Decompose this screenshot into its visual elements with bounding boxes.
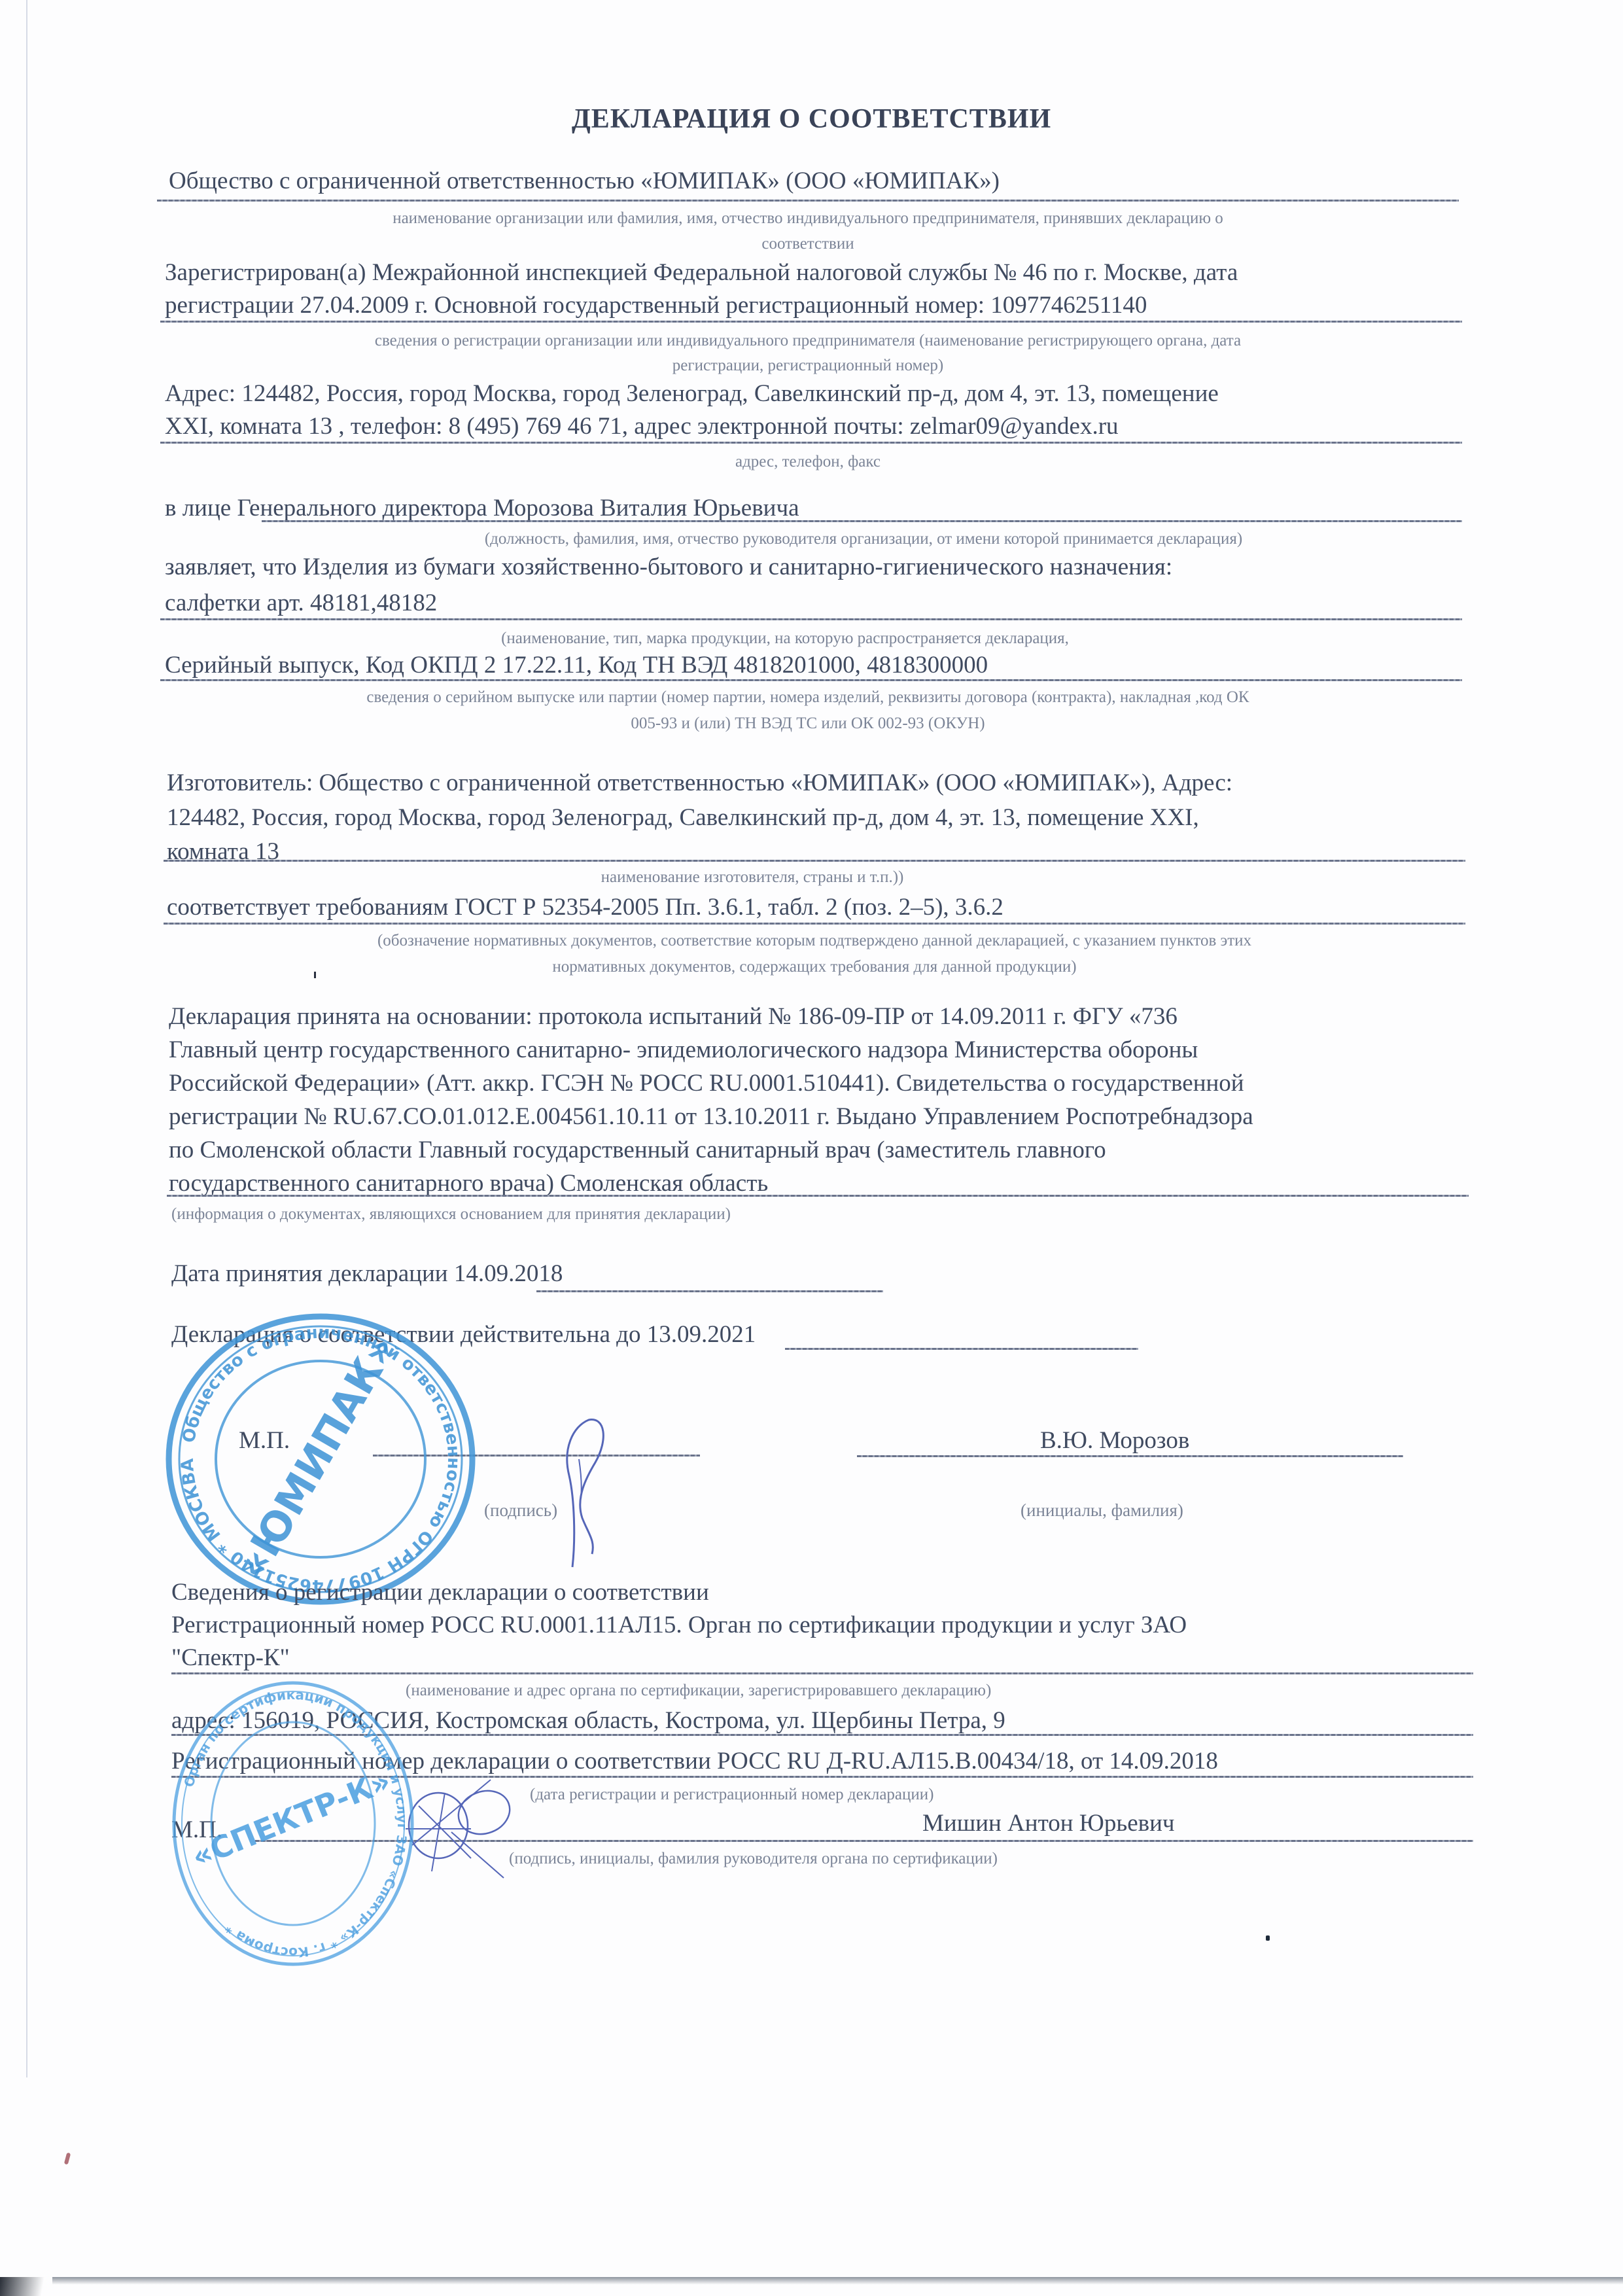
rule bbox=[164, 860, 1465, 862]
registration-heading: Сведения о регистрации декларации о соот… bbox=[171, 1578, 709, 1607]
scan-speck bbox=[64, 2153, 71, 2165]
address-caption: адрес, телефон, факс bbox=[157, 451, 1459, 472]
name-caption: (инициалы, фамилия) bbox=[1021, 1500, 1183, 1521]
serial-line: Серийный выпуск, Код ОКПД 2 17.22.11, Ко… bbox=[165, 651, 988, 680]
applicant-caption-2: соответствии bbox=[157, 234, 1459, 255]
registration-caption-2: регистрации, регистрационный номер) bbox=[157, 355, 1459, 376]
applicant-name: Общество с ограниченной ответственностью… bbox=[169, 167, 1000, 196]
basis-caption: (информация о документах, являющихся осн… bbox=[171, 1204, 731, 1225]
serial-caption: сведения о серийном выпуске или партии (… bbox=[157, 687, 1459, 708]
registration-caption: сведения о регистрации организации или и… bbox=[157, 330, 1459, 351]
rule bbox=[164, 923, 1465, 925]
rule bbox=[160, 679, 1462, 681]
svg-text:«ЮМИПАК»: «ЮМИПАК» bbox=[228, 1327, 406, 1587]
representative-line: в лице Генерального директора Морозова В… bbox=[165, 494, 799, 523]
manufacturer-caption: наименование изготовителя, страны и т.п.… bbox=[425, 867, 1079, 888]
accepted-date-value: 14.09.2018 bbox=[454, 1260, 563, 1287]
valid-until-value: 13.09.2021 bbox=[647, 1321, 756, 1348]
head-caption: (подпись, инициалы, фамилия руководителя… bbox=[509, 1848, 998, 1869]
applicant-caption: наименование организации или фамилия, им… bbox=[157, 208, 1459, 229]
compliance-line: соответствует требованиям ГОСТ Р 52354-2… bbox=[167, 893, 1003, 922]
address-line-1: Адрес: 124482, Россия, город Москва, гор… bbox=[165, 380, 1219, 408]
product-line-1: заявляет, что Изделия из бумаги хозяйств… bbox=[165, 553, 1172, 582]
registration-line-2: регистрации 27.04.2009 г. Основной госуд… bbox=[165, 291, 1147, 320]
compliance-caption: (обозначение нормативных документов, соо… bbox=[164, 930, 1465, 951]
rule bbox=[160, 442, 1462, 444]
certification-line-1: Регистрационный номер РОСС RU.0001.11АЛ1… bbox=[171, 1611, 1187, 1640]
certification-line-2: "Спектр-К" bbox=[171, 1644, 290, 1672]
scan-speck bbox=[314, 972, 316, 978]
basis-line-6: государственного санитарного врача) Смол… bbox=[169, 1169, 768, 1198]
document-title: ДЕКЛАРАЦИЯ О СООТВЕТСТВИИ bbox=[0, 103, 1623, 135]
basis-line-5: по Смоленской области Главный государств… bbox=[169, 1136, 1106, 1165]
signer-name: В.Ю. Морозов bbox=[1040, 1426, 1189, 1455]
basis-line-2: Главный центр государственного санитарно… bbox=[169, 1036, 1198, 1065]
head-name: Мишин Антон Юрьевич bbox=[922, 1809, 1175, 1838]
registration-line-1: Зарегистрирован(а) Межрайонной инспекцие… bbox=[165, 258, 1238, 287]
manufacturer-line-2: 124482, Россия, город Москва, город Зеле… bbox=[167, 804, 1199, 832]
rule bbox=[167, 1195, 1469, 1197]
manufacturer-line-3: комната 13 bbox=[167, 838, 279, 866]
rule bbox=[536, 1290, 883, 1292]
certification-body-stamp: Орган по сертификации продукции и услуг … bbox=[169, 1678, 417, 1969]
basis-line-4: регистрации № RU.67.CO.01.012.E.004561.1… bbox=[169, 1103, 1253, 1131]
manufacturer-line-1: Изготовитель: Общество с ограниченной от… bbox=[167, 769, 1232, 798]
compliance-caption-2: нормативных документов, содержащих требо… bbox=[164, 957, 1465, 978]
scan-speck bbox=[1266, 1935, 1270, 1941]
rule bbox=[785, 1348, 1138, 1350]
serial-caption-2: 005-93 и (или) ТН ВЭД ТС или ОК 002-93 (… bbox=[157, 713, 1459, 734]
address-line-2: XXI, комната 13 , телефон: 8 (495) 769 4… bbox=[165, 412, 1119, 441]
basis-line-3: Российской Федерации» (Атт. аккр. ГСЭН №… bbox=[169, 1069, 1244, 1098]
name-line bbox=[857, 1455, 1403, 1457]
certification-caption: (наименование и адрес органа по сертифик… bbox=[406, 1680, 991, 1701]
scan-edge-bottom bbox=[0, 2277, 1623, 2296]
svg-text:«СПЕКТР-К»: «СПЕКТР-К» bbox=[186, 1763, 395, 1875]
product-line-2: салфетки арт. 48181,48182 bbox=[165, 589, 437, 618]
rule bbox=[171, 1672, 1473, 1674]
accepted-date-label: Дата принятия декларации bbox=[171, 1260, 448, 1287]
handwritten-signature bbox=[543, 1413, 635, 1570]
rule bbox=[160, 618, 1462, 620]
rule bbox=[157, 200, 1459, 202]
representative-caption: (должность, фамилия, имя, отчество руков… bbox=[307, 529, 1420, 550]
rule bbox=[160, 321, 1462, 323]
product-caption: (наименование, тип, марка продукции, на … bbox=[393, 628, 1178, 649]
company-stamp: Общество с ограниченной ответственностью… bbox=[164, 1312, 478, 1606]
basis-line-1: Декларация принята на основании: протоко… bbox=[169, 1002, 1178, 1031]
scan-edge-left bbox=[26, 0, 27, 2077]
reg-number-caption: (дата регистрации и регистрационный номе… bbox=[530, 1784, 934, 1805]
rule bbox=[262, 520, 1462, 522]
